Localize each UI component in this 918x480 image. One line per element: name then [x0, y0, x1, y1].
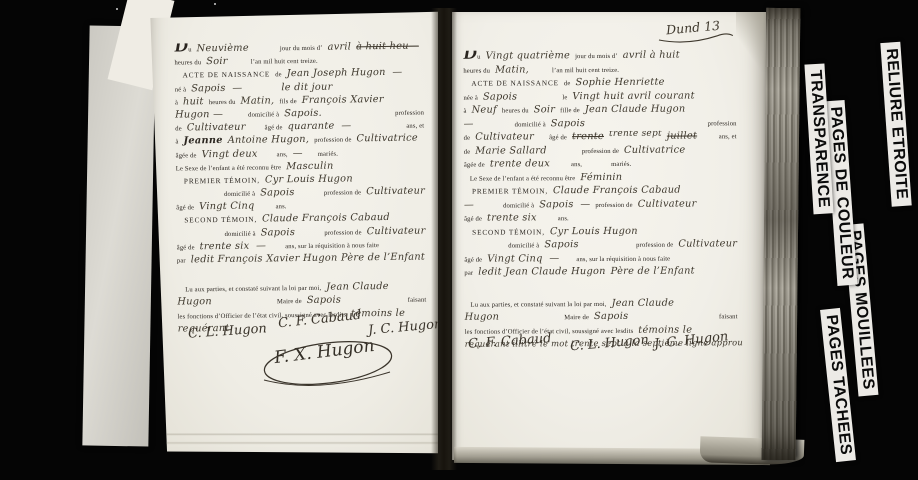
document-line: deCultivateurâgé detrentetrente septjuil…	[464, 130, 742, 145]
printed-text: fils de	[279, 98, 296, 105]
printed-text: u	[188, 46, 192, 53]
printed-text: Le Sexe de l’enfant a été reconnu être	[470, 175, 576, 183]
printed-text: Maire de	[564, 314, 589, 321]
document-line: née àSapoisleVingt huit avril courant	[463, 90, 741, 105]
handwritten-text: ledit Jean Claude Hugon	[478, 266, 605, 278]
printed-text: profession de	[314, 137, 351, 144]
printed-text: domicilié à	[503, 202, 534, 209]
document-line: Le Sexe de l’enfant a été reconnu êtreFé…	[464, 171, 742, 186]
document-line	[464, 279, 742, 298]
printed-text: âgé de	[176, 205, 194, 212]
handwritten-text: Hugon	[177, 296, 212, 307]
handwritten-text: avril à huit	[623, 50, 680, 61]
handwritten-text: Sapois	[594, 311, 628, 322]
handwritten-text: Sapois	[307, 295, 342, 306]
dust-speck	[116, 8, 118, 10]
printed-text: âgée de	[464, 162, 485, 169]
handwritten-text: Jean Claude Hugon	[585, 104, 686, 116]
handwritten-text: Matin,	[240, 95, 274, 106]
handwritten-text: Père de l’Enfant	[611, 266, 695, 277]
printed-text: de	[175, 126, 182, 133]
handwritten-text: ledit François Xavier Hugon Père de l’En…	[191, 252, 425, 266]
handwritten-text: trente sept	[609, 130, 662, 139]
printed-text: de	[464, 148, 471, 155]
printed-text: profession	[708, 120, 737, 127]
document-line: âgée detrente deuxans,mariés.	[464, 157, 742, 172]
handwritten-text: Cultivateur	[638, 198, 697, 209]
handwritten-text: Hugon —	[175, 109, 223, 121]
handwritten-text: Cyr Louis Hugon	[265, 173, 353, 185]
register-left-page: DuNeuvièmejour du mois d’avrilà huit heu…	[146, 10, 438, 455]
printed-text: domicilié à	[224, 191, 255, 198]
printed-text: domicilié à	[515, 121, 546, 128]
right-page-content: Dund 13 DuVingt quatrièmejour du mois d’…	[452, 12, 766, 460]
printed-text: ans,	[571, 161, 582, 168]
printed-text: Lu aux parties, et constaté suivant la l…	[185, 285, 321, 294]
printed-text: de	[275, 72, 282, 79]
printed-text: jour du mois d’	[280, 45, 323, 53]
printed-text: à	[175, 139, 178, 146]
handwritten-text: Vingt quatrième	[486, 50, 571, 61]
handwritten-text: avril	[328, 41, 352, 52]
printed-text: domicilié à	[248, 111, 279, 118]
document-line: deMarie Sallardprofession deCultivatrice	[464, 144, 742, 159]
printed-text: ans, et	[406, 123, 424, 130]
document-line: âgé detrente sixans.	[464, 211, 742, 226]
handwritten-text: Cultivateur	[367, 225, 426, 237]
book-gutter	[431, 8, 457, 470]
handwritten-text: Marie Sallard	[475, 145, 547, 156]
signature-flourish	[258, 336, 398, 390]
printed-text: par	[177, 257, 186, 264]
handwritten-text: Cultivatrice	[624, 144, 685, 155]
printed-text: âgé de	[464, 216, 482, 223]
spacer	[590, 125, 707, 126]
printed-text: ans.	[276, 203, 287, 210]
printed-text: à	[464, 108, 467, 115]
printed-text: l’an mil huit cent treize.	[552, 66, 619, 73]
handwritten-text: —	[293, 148, 303, 159]
printed-text: domicilié à	[225, 230, 256, 237]
handwritten-text: Cultivateur	[366, 186, 425, 198]
printed-text: né à	[175, 86, 186, 93]
handwritten-text: Cultivateur	[475, 131, 534, 142]
printed-text: ans, sur la réquisition à nous faite	[576, 255, 670, 262]
printed-text: mariés.	[318, 150, 338, 157]
printed-text: âgée de	[176, 152, 197, 159]
document-line: HugonMaire deSapoisfaisant	[465, 310, 743, 325]
printed-text: heures du	[463, 67, 490, 74]
handwritten-text: Hugon	[465, 312, 500, 323]
printed-text: profession de	[582, 147, 619, 154]
printed-text: SECOND TÉMOIN,	[472, 228, 545, 236]
handwritten-text: Sapois	[551, 118, 585, 129]
printed-text: jour du mois d’	[575, 53, 618, 60]
handwritten-text: Soir	[206, 56, 228, 67]
handwritten-text: Jean Claude	[612, 297, 675, 308]
folio-annotation: Dund 13	[665, 18, 720, 38]
handwritten-text: Claude François Cabaud	[553, 185, 681, 197]
printed-text: de	[564, 80, 571, 87]
scan-viewport: DuNeuvièmejour du mois d’avrilà huit heu…	[0, 0, 918, 480]
handwritten-text: Sapois	[544, 239, 578, 250]
printed-text: Maire de	[277, 298, 302, 305]
printed-text: mariés.	[611, 161, 631, 168]
handwritten-text: Vingt Cinq —	[487, 253, 559, 264]
document-line: âgé deVingt Cinq —ans, sur la réquisitio…	[464, 252, 742, 267]
printed-text: de	[464, 135, 471, 142]
document-line: parledit Jean Claude HugonPère de l’Enfa…	[464, 265, 742, 280]
printed-text: âgé de	[549, 134, 567, 141]
document-line: heures duMatin,l’an mil huit cent treize…	[463, 63, 741, 78]
handwritten-text: Sapois —	[191, 82, 242, 94]
printed-text: D	[463, 51, 477, 57]
handwritten-text: Jean Claude	[326, 281, 389, 293]
handwritten-text: François Xavier	[302, 94, 384, 106]
printed-text: PREMIER TÉMOIN,	[184, 176, 260, 185]
handwritten-text: Soir	[534, 104, 555, 115]
handwritten-text: Sapois	[483, 91, 517, 102]
handwritten-text: Claude François Cabaud	[262, 212, 390, 225]
handwritten-text: Cultivatrice	[356, 133, 418, 145]
document-line: Lu aux parties, et constaté suivant la l…	[465, 297, 743, 312]
document-line: PREMIER TÉMOIN,Claude François Cabaud	[464, 184, 742, 199]
document-line: ACTE DE NAISSANCEdeSophie Henriette	[463, 76, 741, 91]
printed-text: le	[562, 94, 567, 101]
document-line: DuVingt quatrièmejour du mois d’avril à …	[463, 49, 741, 64]
handwritten-text: Jeanne	[183, 135, 222, 146]
archive-flag-reliure-etroite: RELIURE ETROITE	[880, 42, 911, 207]
printed-text: SECOND TÉMOIN,	[184, 216, 257, 225]
handwritten-text: huit	[183, 96, 204, 107]
printed-text: fille de	[560, 107, 580, 114]
handwritten-text: Cultivateur	[678, 238, 737, 249]
handwritten-text: trente six —	[200, 240, 267, 252]
handwritten-text: Matin,	[495, 64, 529, 75]
handwritten-text: Masculin	[286, 160, 333, 172]
spacer	[346, 302, 408, 303]
printed-text: ACTE DE NAISSANCE	[183, 71, 271, 80]
printed-text: u	[477, 54, 480, 61]
handwritten-text: —	[464, 199, 474, 210]
book-fore-edge	[762, 8, 801, 460]
printed-text: à	[175, 99, 178, 106]
printed-text: domicilié à	[508, 242, 539, 249]
handwritten-text: à huit heu—	[356, 41, 419, 53]
spacer	[327, 115, 395, 116]
handwritten-text: —	[464, 118, 474, 129]
spacer	[356, 128, 406, 129]
printed-text: ans.	[558, 215, 569, 222]
printed-text: née à	[463, 94, 478, 101]
printed-text: ans, sur la réquisition à nous faite	[285, 242, 379, 250]
handwritten-text: Neuf	[472, 105, 497, 116]
archive-flag-pages-tachees: PAGES TACHEES	[820, 308, 856, 462]
left-page-text: DuNeuvièmejour du mois d’avrilà huit heu…	[174, 40, 432, 336]
printed-text: faisant	[408, 297, 427, 304]
handwritten-text: Vingt deux	[202, 148, 258, 160]
register-right-page: Dund 13 DuVingt quatrièmejour du mois d’…	[452, 12, 766, 460]
left-page-content: DuNeuvièmejour du mois d’avrilà huit heu…	[146, 10, 438, 455]
printed-text: heures du	[174, 59, 201, 66]
printed-text: profession de	[636, 242, 673, 249]
right-page-text: DuVingt quatrièmejour du mois d’avril à …	[463, 49, 743, 352]
handwritten-text: Sapois.	[284, 108, 322, 119]
printed-text: ans, et	[719, 133, 737, 140]
handwritten-text: Sapois	[260, 187, 295, 198]
page-stack-left-edge	[82, 25, 155, 446]
handwritten-text: Antoine Hugon,	[228, 134, 310, 146]
handwritten-text: Neuvième	[197, 43, 249, 55]
handwritten-text: Vingt huit avril courant	[572, 90, 694, 102]
handwritten-text: Cultivateur	[187, 122, 246, 134]
handwritten-text: trente six	[487, 212, 537, 223]
printed-text: ACTE DE NAISSANCE	[471, 79, 559, 87]
handwritten-text: juillet	[667, 131, 697, 142]
handwritten-text: Vingt Cinq	[199, 201, 255, 213]
handwritten-text: Féminin	[580, 171, 622, 182]
printed-text: heures du	[502, 107, 529, 114]
printed-text: âgé de	[265, 124, 283, 131]
printed-text: profession	[395, 109, 424, 116]
handwritten-text: Cyr Louis Hugon	[550, 225, 638, 236]
printed-text: faisant	[719, 313, 738, 320]
printed-text: par	[464, 270, 473, 277]
printed-text: D	[174, 43, 188, 49]
printed-text: Lu aux parties, et constaté suivant la l…	[471, 300, 607, 308]
printed-text: PREMIER TÉMOIN,	[472, 187, 548, 195]
printed-text: profession de	[324, 189, 361, 196]
printed-text: profession de	[324, 229, 361, 236]
printed-text: heures du	[209, 99, 236, 106]
handwritten-text: trente	[572, 131, 604, 142]
printed-text: ans,	[277, 151, 288, 158]
printed-text: l’an mil huit cent treize.	[251, 58, 318, 66]
handwritten-text: quarante —	[288, 121, 352, 133]
handwritten-text: Sapois —	[539, 199, 590, 210]
printed-text: profession de	[595, 201, 632, 208]
handwritten-text: le dit jour	[281, 81, 332, 93]
document-line: àNeufheures duSoirfille deJean Claude Hu…	[463, 103, 741, 118]
document-line: —domicilié àSapois —profession deCultiva…	[464, 198, 742, 213]
handwritten-text: Sophie Henriette	[575, 77, 664, 88]
dust-speck	[214, 3, 216, 5]
printed-text: âgé de	[177, 244, 195, 251]
handwritten-text: Jean Joseph Hugon —	[287, 67, 403, 79]
document-line: —domicilié àSapoisprofession	[464, 117, 742, 132]
handwritten-text: trente deux	[490, 158, 550, 169]
printed-text: Le Sexe de l’enfant a été reconnu être	[176, 164, 282, 172]
document-line: domicilié àSapoisprofession deCultivateu…	[464, 238, 742, 253]
document-line: SECOND TÉMOIN,Cyr Louis Hugon	[464, 225, 742, 240]
printed-text: âgé de	[464, 256, 482, 263]
handwritten-text: Sapois	[261, 227, 296, 238]
